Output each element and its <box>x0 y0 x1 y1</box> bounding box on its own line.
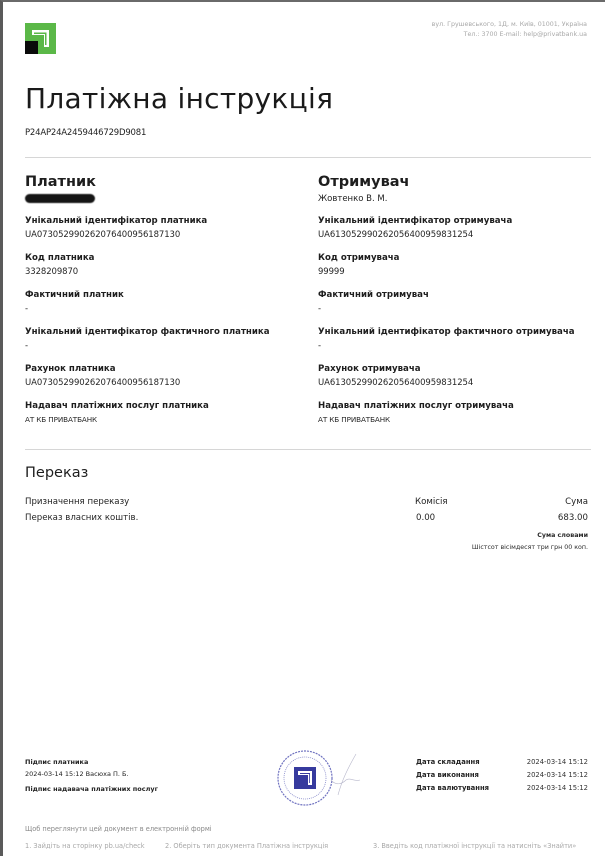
date-value: 2024-03-14 15:12 <box>527 784 588 792</box>
field-label: Надавач платіжних послуг платника <box>25 401 270 415</box>
provider-sign-label: Підпис надавача платіжних послуг <box>25 785 158 793</box>
field-value: - <box>25 341 270 364</box>
field-label: Унікальний ідентифікатор отримувача <box>318 216 575 230</box>
date-value: 2024-03-14 15:12 <box>527 758 588 766</box>
privatbank-logo-icon <box>25 23 56 54</box>
date-label: Дата складання <box>416 758 480 766</box>
field-value: 3328209870 <box>25 267 270 290</box>
field-label: Надавач платіжних послуг отримувача <box>318 401 575 415</box>
field-label: Фактичний отримувач <box>318 290 575 304</box>
payer-sign-value: 2024-03-14 15:12 Васюха П. Б. <box>25 770 129 778</box>
amount-words-value: Шістсот вісімдесят три грн 00 коп. <box>472 544 588 551</box>
contact-line: Тел.: 3700 E-mail: help@privatbank.ua <box>432 30 587 40</box>
divider <box>25 449 591 450</box>
commission-label: Комісія <box>415 497 448 507</box>
field-label: Унікальний ідентифікатор фактичного плат… <box>25 327 270 341</box>
field-value: UA073052990262076400956187130 <box>25 230 270 253</box>
bank-stamp-icon <box>276 750 381 808</box>
field-value: АТ КБ ПРИВАТБАНК <box>25 415 270 438</box>
field-value: UA613052990262056400959831254 <box>318 378 575 401</box>
payer-sign-label: Підпис платника <box>25 758 88 766</box>
payer-name-redacted <box>25 194 270 216</box>
address-line: вул. Грушевського, 1Д, м. Київ, 01001, У… <box>432 20 587 30</box>
document-page: вул. Грушевського, 1Д, м. Київ, 01001, У… <box>0 0 605 856</box>
transfer-title: Переказ <box>25 465 88 481</box>
amount-words-label: Сума словами <box>537 532 588 539</box>
field-label: Рахунок платника <box>25 364 270 378</box>
recipient-section: Отримувач Жовтенко В. М. Унікальний іден… <box>318 174 575 438</box>
amount-value: 683.00 <box>558 513 588 523</box>
footer-step-2: 2. Оберіть тип документа Платіжна інстру… <box>165 842 328 850</box>
field-value: - <box>318 304 575 327</box>
amount-label: Сума <box>565 497 588 507</box>
field-label: Код отримувача <box>318 253 575 267</box>
purpose-label: Призначення переказу <box>25 497 129 507</box>
field-value: UA073052990262076400956187130 <box>25 378 270 401</box>
field-label: Унікальний ідентифікатор платника <box>25 216 270 230</box>
date-value: 2024-03-14 15:12 <box>527 771 588 779</box>
field-label: Рахунок отримувача <box>318 364 575 378</box>
footer-heading: Щоб переглянути цей документ в електронн… <box>25 825 212 833</box>
document-code: P24AP24A2459446729D9081 <box>25 128 146 138</box>
payer-section: Платник Унікальний ідентифікатор платник… <box>25 174 270 438</box>
payer-title: Платник <box>25 174 270 194</box>
field-value: - <box>25 304 270 327</box>
field-value: 99999 <box>318 267 575 290</box>
page-title: Платіжна інструкція <box>25 82 333 115</box>
footer-step-1[interactable]: 1. Зайдіть на сторінку pb.ua/check <box>25 842 145 850</box>
field-label: Унікальний ідентифікатор фактичного отри… <box>318 327 575 341</box>
field-value: UA613052990262056400959831254 <box>318 230 575 253</box>
date-label: Дата виконання <box>416 771 479 779</box>
purpose-value: Переказ власних коштів. <box>25 513 138 523</box>
bank-address: вул. Грушевського, 1Д, м. Київ, 01001, У… <box>432 20 587 40</box>
footer-step-3: 3. Введіть код платіжної інструкції та н… <box>373 842 576 850</box>
recipient-name: Жовтенко В. М. <box>318 194 575 216</box>
commission-value: 0.00 <box>416 513 435 523</box>
field-value: - <box>318 341 575 364</box>
divider <box>25 157 591 158</box>
recipient-title: Отримувач <box>318 174 575 194</box>
field-label: Код платника <box>25 253 270 267</box>
field-label: Фактичний платник <box>25 290 270 304</box>
date-label: Дата валютування <box>416 784 489 792</box>
field-value: АТ КБ ПРИВАТБАНК <box>318 415 575 438</box>
